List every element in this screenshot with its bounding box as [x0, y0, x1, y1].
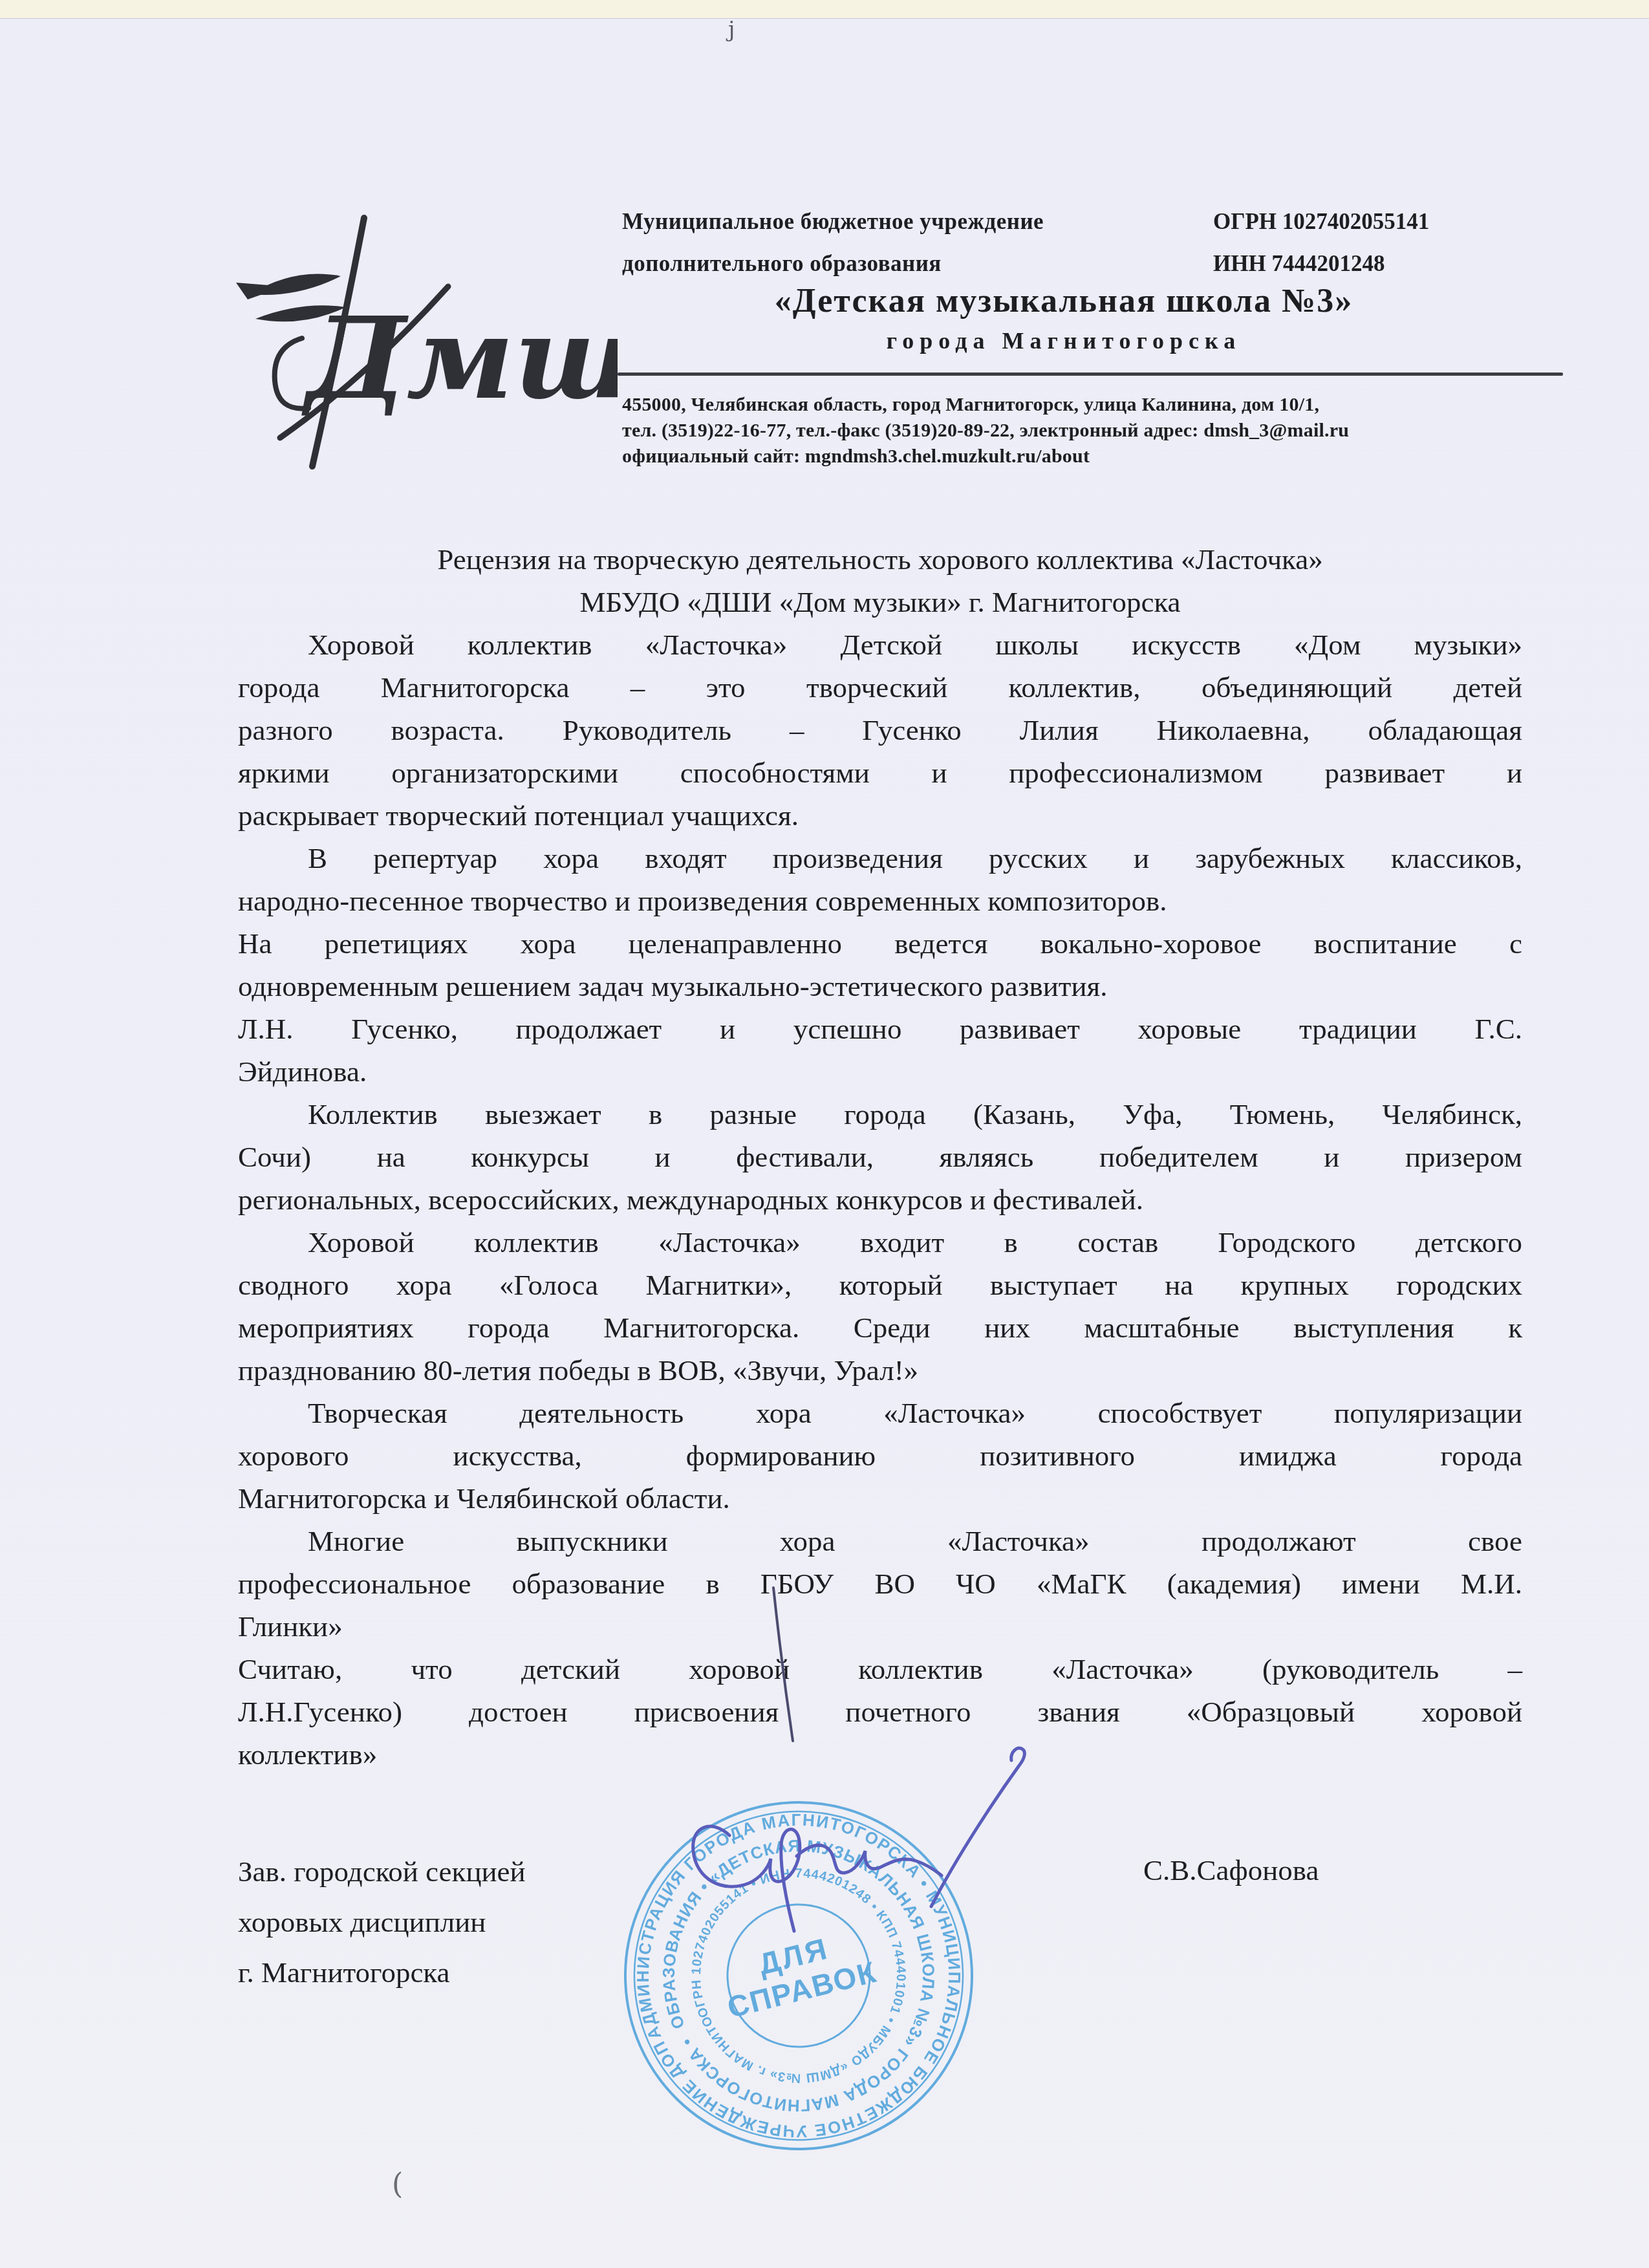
school-name: «Детская музыкальная школа №3» — [614, 282, 1513, 320]
logo-script-text: Дмш.3 — [301, 292, 618, 425]
document-line: раскрывает творческий потенциал учащихся… — [238, 794, 1522, 837]
phone-email-line: тел. (3519)22-16-77, тел.-факс (3519)20-… — [622, 418, 1540, 444]
document-line: Коллектив выезжает в разные города (Каза… — [238, 1093, 1522, 1136]
scan-speck-bottom: ( — [392, 2168, 403, 2201]
document-title-line1: Рецензия на творческую деятельность хоро… — [238, 538, 1522, 581]
document-line: яркими организаторскими способностями и … — [238, 751, 1522, 794]
org-line-1: Муниципальное бюджетное учреждение — [622, 200, 1204, 243]
letterhead-divider — [618, 373, 1563, 376]
document-line: мероприятиях города Магнитогорска. Среди… — [238, 1306, 1522, 1349]
scanned-letter-page: { "page": { "background": "#edeef7", "to… — [0, 0, 1649, 2268]
scan-speck-top: j — [728, 17, 735, 43]
organization-name-block: Муниципальное бюджетное учреждение допол… — [622, 200, 1204, 285]
document-line: На репетициях хора целенаправленно ведет… — [238, 922, 1522, 965]
website-line: официальный сайт: mgndmsh3.chel.muzkult.… — [622, 444, 1540, 470]
ogrn-number: ОГРН 1027402055141 — [1213, 200, 1511, 243]
scanner-edge-strip — [0, 0, 1649, 19]
document-line: Хоровой коллектив «Ласточка» Детской шко… — [238, 623, 1522, 666]
school-logo: Дмш.3 — [230, 184, 618, 495]
address-line: 455000, Челябинская область, город Магни… — [622, 392, 1540, 418]
signer-name: С.В.Сафонова — [1143, 1853, 1531, 1887]
handwritten-signature — [647, 1552, 1099, 1966]
document-line: Сочи) на конкурсы и фестивали, являясь п… — [238, 1136, 1522, 1178]
document-title-line2: МБУДО «ДШИ «Дом музыки» г. Магнитогорска — [238, 581, 1522, 623]
document-line: одновременным решением задач музыкально-… — [238, 965, 1522, 1008]
document-line: хорового искусства, формированию позитив… — [238, 1434, 1522, 1477]
document-line: народно-песенное творчество и произведен… — [238, 880, 1522, 922]
document-line: сводного хора «Голоса Магнитки», который… — [238, 1264, 1522, 1306]
school-city: города Магнитогорска — [614, 327, 1513, 354]
inn-number: ИНН 7444201248 — [1213, 243, 1511, 285]
document-line: празднованию 80-летия победы в ВОВ, «Зву… — [238, 1349, 1522, 1392]
document-line: города Магнитогорска – это творческий ко… — [238, 666, 1522, 709]
document-line: Магнитогорска и Челябинской области. — [238, 1477, 1522, 1520]
document-line: Творческая деятельность хора «Ласточка» … — [238, 1392, 1522, 1434]
document-line: разного возраста. Руководитель – Гусенко… — [238, 709, 1522, 751]
contact-block: 455000, Челябинская область, город Магни… — [622, 392, 1540, 470]
document-line: Хоровой коллектив «Ласточка» входит в со… — [238, 1221, 1522, 1264]
org-line-2: дополнительного образования — [622, 243, 1204, 285]
registration-numbers: ОГРН 1027402055141 ИНН 7444201248 — [1213, 200, 1511, 285]
document-line: Эйдинова. — [238, 1050, 1522, 1093]
document-line: региональных, всероссийских, международн… — [238, 1178, 1522, 1221]
document-line: Л.Н. Гусенко, продолжает и успешно разви… — [238, 1008, 1522, 1050]
document-line: В репертуар хора входят произведения рус… — [238, 837, 1522, 880]
